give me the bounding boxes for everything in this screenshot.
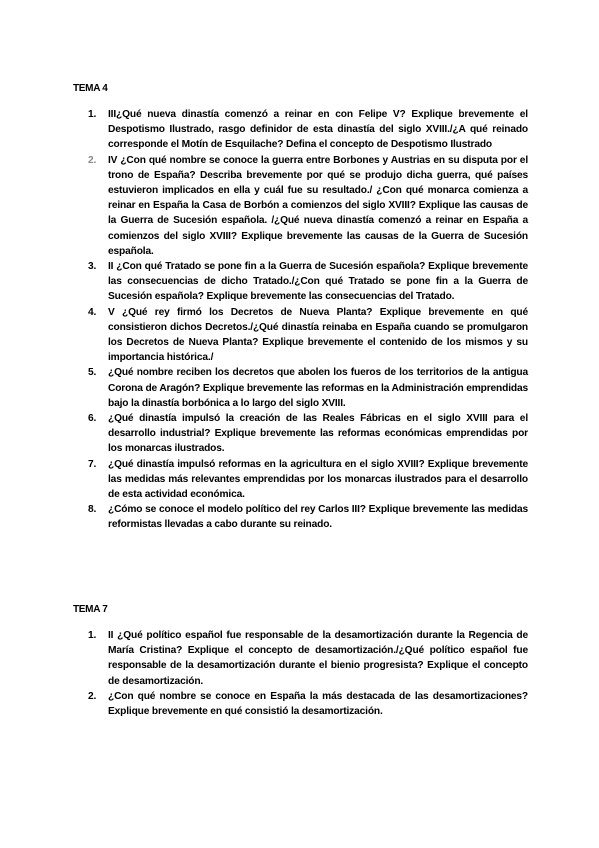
item-number: 1. — [88, 107, 96, 122]
question-item: 6. ¿Qué dinastía impulsó la creación de … — [88, 411, 528, 457]
question-item: 3. II ¿Con qué Tratado se pone fin a la … — [88, 259, 528, 305]
question-item: 8. ¿Cómo se conoce el modelo político de… — [88, 502, 528, 532]
question-text: ¿Qué dinastía impulsó la creación de las… — [108, 413, 528, 454]
item-number: 5. — [88, 365, 96, 380]
question-text: II ¿Qué político español fue responsable… — [108, 630, 528, 687]
item-number: 6. — [88, 411, 96, 426]
question-item: 4. V ¿Qué rey firmó los Decretos de Nuev… — [88, 305, 528, 366]
question-item: 2. ¿Con qué nombre se conoce en España l… — [88, 689, 528, 719]
question-item: 7. ¿Qué dinastía impulsó reformas en la … — [88, 457, 528, 503]
question-item: 5. ¿Qué nombre reciben los decretos que … — [88, 365, 528, 411]
tema-4-question-list: 1. III¿Qué nueva dinastía comenzó a rein… — [88, 107, 528, 533]
question-item: 2. IV ¿Con qué nombre se conoce la guerr… — [88, 153, 528, 259]
question-text: ¿Con qué nombre se conoce en España la m… — [108, 691, 528, 717]
question-item: 1. III¿Qué nueva dinastía comenzó a rein… — [88, 107, 528, 153]
question-text: III¿Qué nueva dinastía comenzó a reinar … — [108, 109, 528, 150]
item-number: 4. — [88, 305, 96, 320]
question-text: IV ¿Con qué nombre se conoce la guerra e… — [108, 155, 528, 257]
question-text: ¿Cómo se conoce el modelo político del r… — [108, 504, 528, 530]
section-heading-tema-4: TEMA 4 — [73, 83, 108, 94]
question-text: V ¿Qué rey firmó los Decretos de Nueva P… — [108, 307, 528, 364]
document-page: TEMA 4 1. III¿Qué nueva dinastía comenzó… — [0, 0, 599, 848]
question-text: ¿Qué dinastía impulsó reformas en la agr… — [108, 459, 528, 500]
item-number: 8. — [88, 502, 96, 517]
tema-7-question-list: 1. II ¿Qué político español fue responsa… — [88, 628, 528, 719]
question-text: ¿Qué nombre reciben los decretos que abo… — [108, 367, 528, 408]
question-item: 1. II ¿Qué político español fue responsa… — [88, 628, 528, 689]
item-number: 7. — [88, 457, 96, 472]
item-number: 1. — [88, 628, 96, 643]
item-number: 3. — [88, 259, 96, 274]
question-text: II ¿Con qué Tratado se pone fin a la Gue… — [108, 261, 528, 302]
item-number: 2. — [88, 689, 96, 704]
section-heading-tema-7: TEMA 7 — [73, 604, 108, 615]
item-number: 2. — [88, 153, 96, 168]
